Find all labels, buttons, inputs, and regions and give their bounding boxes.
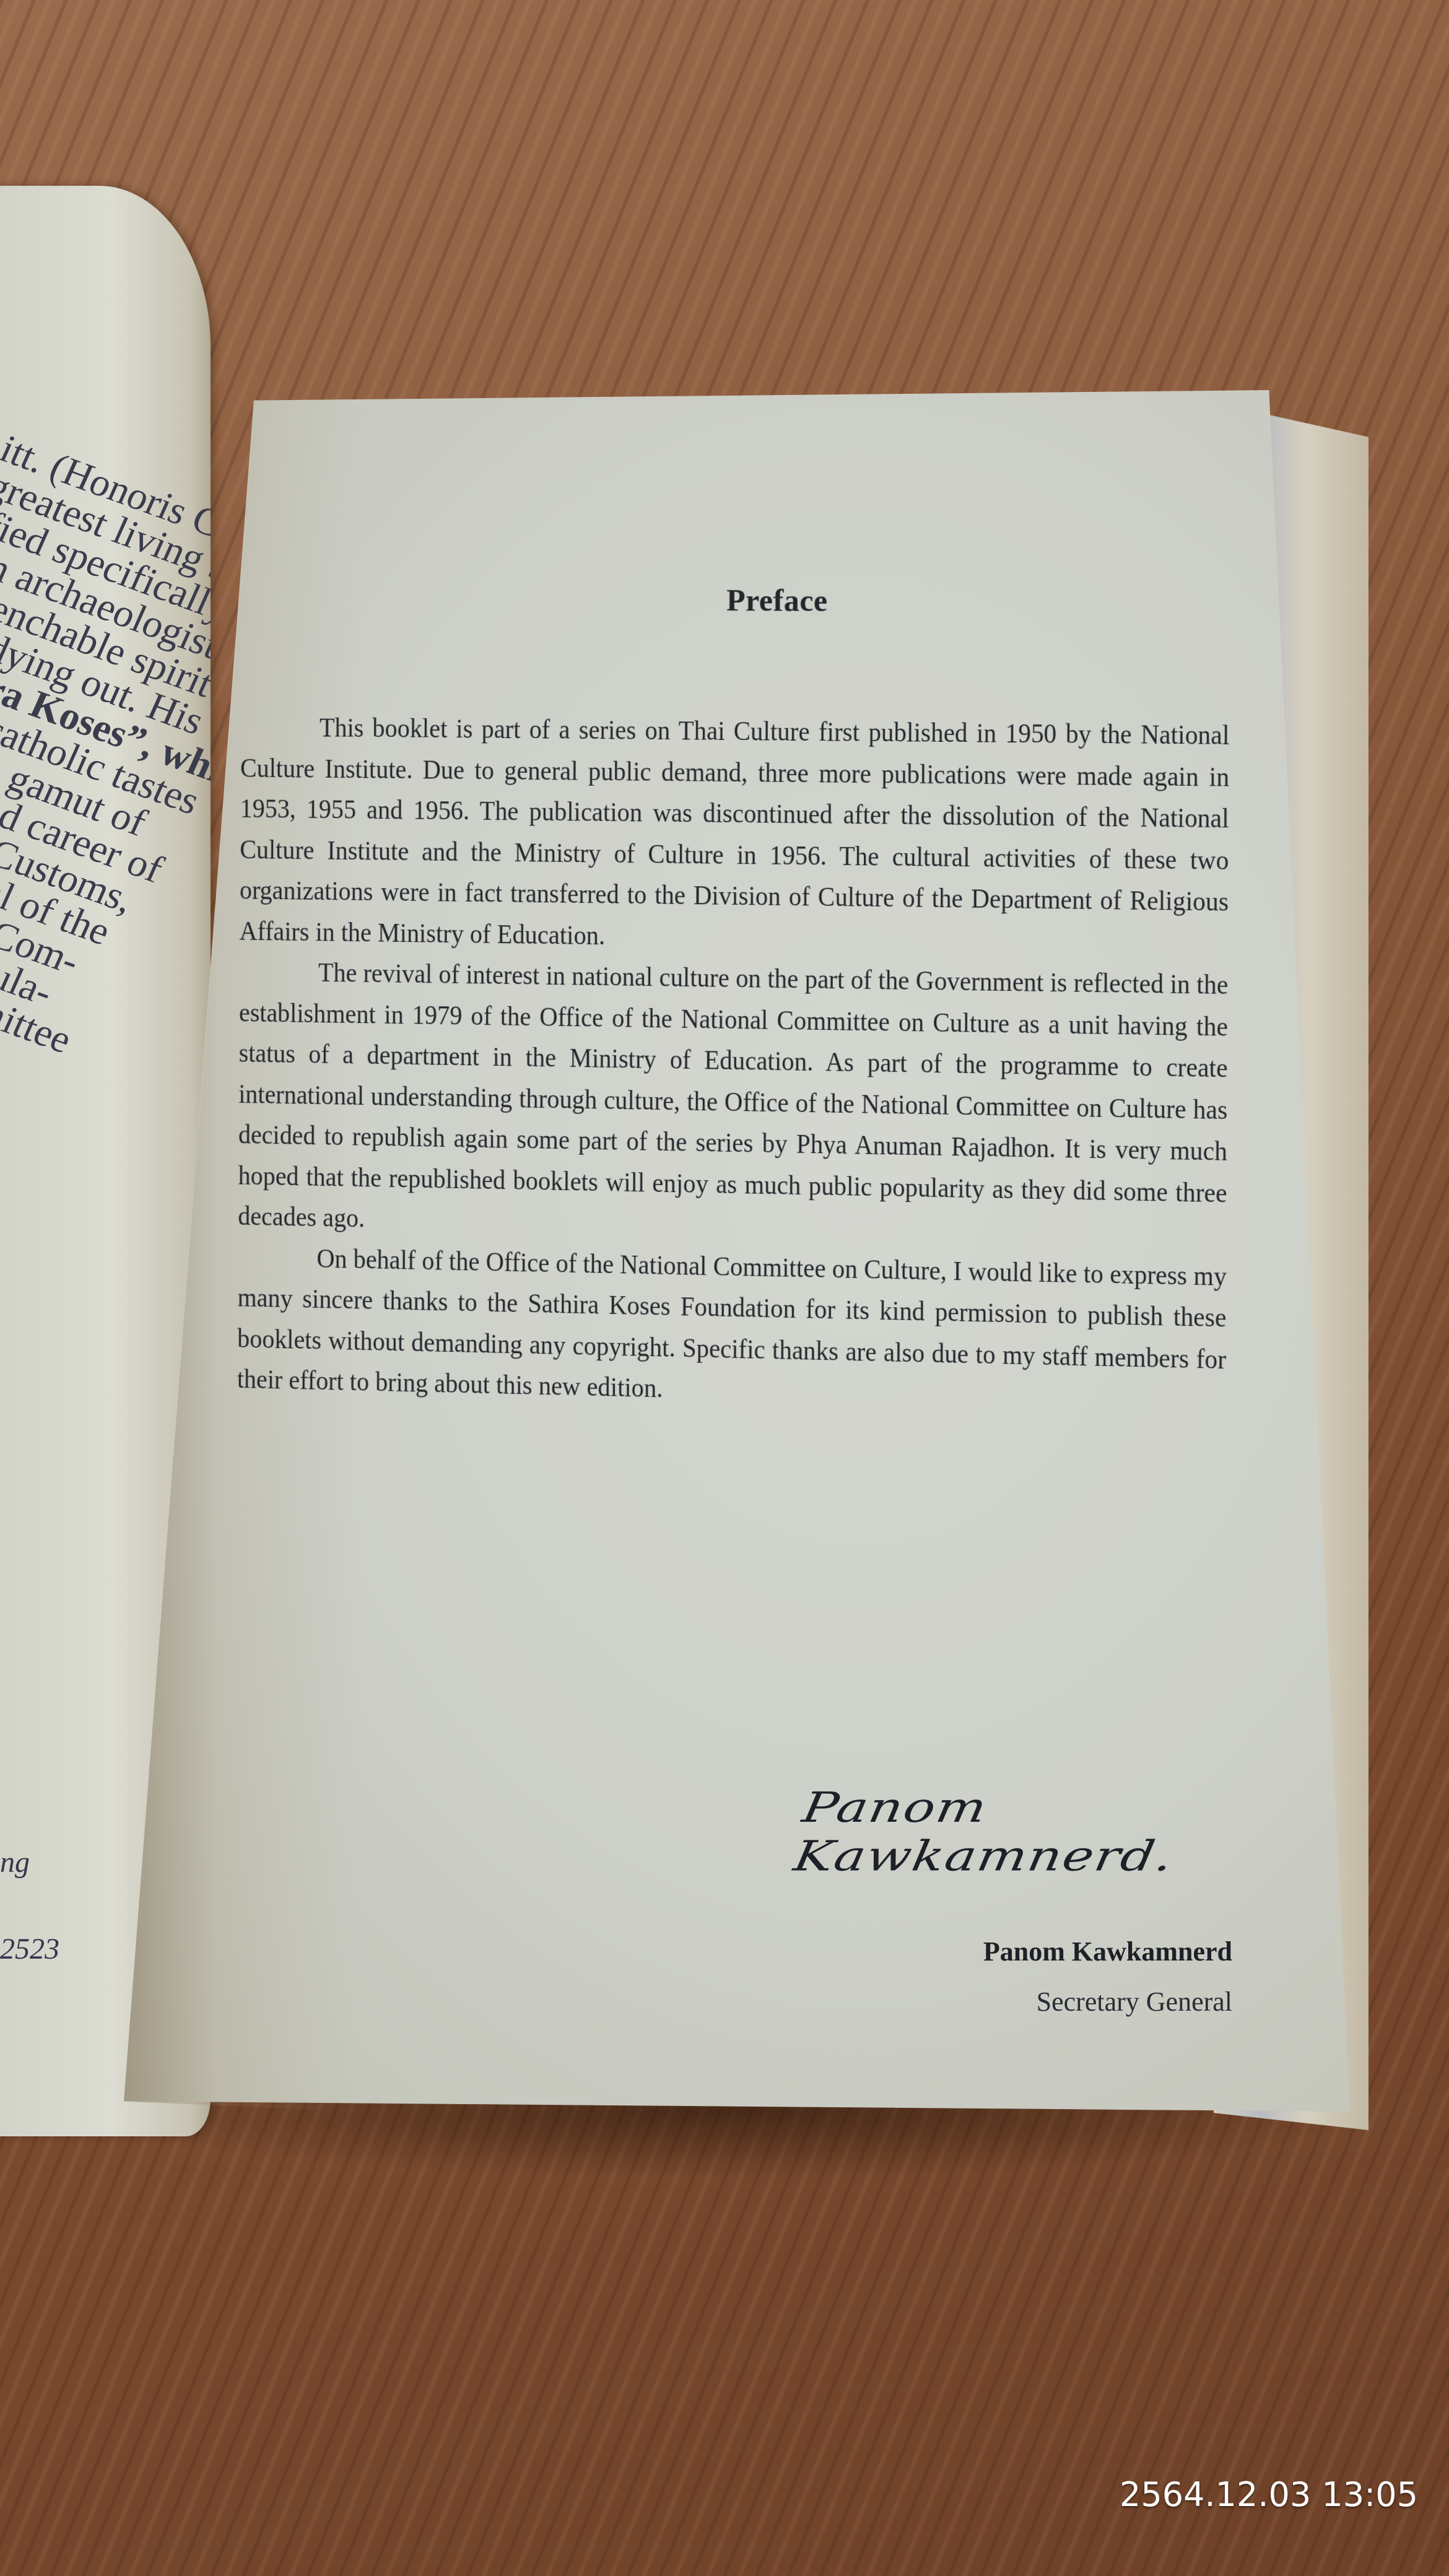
signer-name: Panom Kawkamnerd [786,1936,1232,1967]
page-title: Preface [320,580,1243,620]
signer-title: Secretary General [786,1986,1232,2017]
photo-timestamp: 2564.12.03 13:05 [1120,2475,1418,2514]
left-footer-fragment: ng [0,1845,30,1879]
signature-block: Panom Kawkamnerd. Panom Kawkamnerd Secre… [786,1771,1232,2017]
paragraph-1: This booklet is part of a series on Thai… [239,707,1229,965]
left-footer-year: 2523 [0,1932,59,1966]
left-page-text: Litt. (Honoris Causa) e greatest living … [0,421,198,1059]
paragraph-2: The revival of interest in national cult… [238,951,1228,1255]
handwritten-signature: Panom Kawkamnerd. [790,1783,1241,1881]
preface-content: Preface This booklet is part of a series… [237,580,1243,1422]
paragraph-3: On behalf of the Office of the National … [237,1237,1227,1422]
